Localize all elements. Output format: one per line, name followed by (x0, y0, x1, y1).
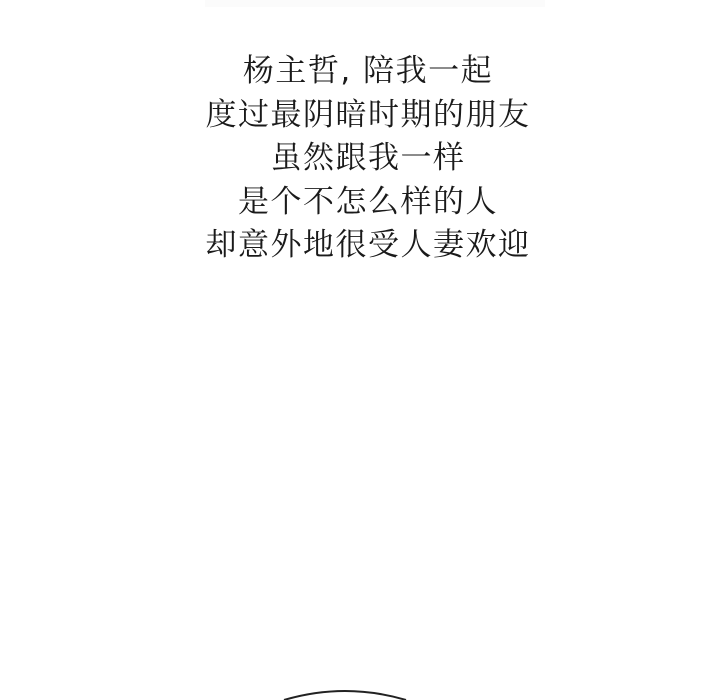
head-outline-arc (270, 686, 420, 700)
caption-line: 杨主哲, 陪我一起 (0, 50, 720, 94)
panel-top-edge (205, 0, 545, 7)
caption-line: 度过最阴暗时期的朋友 (0, 94, 720, 138)
caption-line: 虽然跟我一样 (0, 137, 720, 181)
caption-text-block: 杨主哲, 陪我一起 度过最阴暗时期的朋友 虽然跟我一样 是个不怎么样的人 却意外… (0, 50, 720, 268)
caption-line: 是个不怎么样的人 (0, 181, 720, 225)
caption-line: 却意外地很受人妻欢迎 (0, 224, 720, 268)
